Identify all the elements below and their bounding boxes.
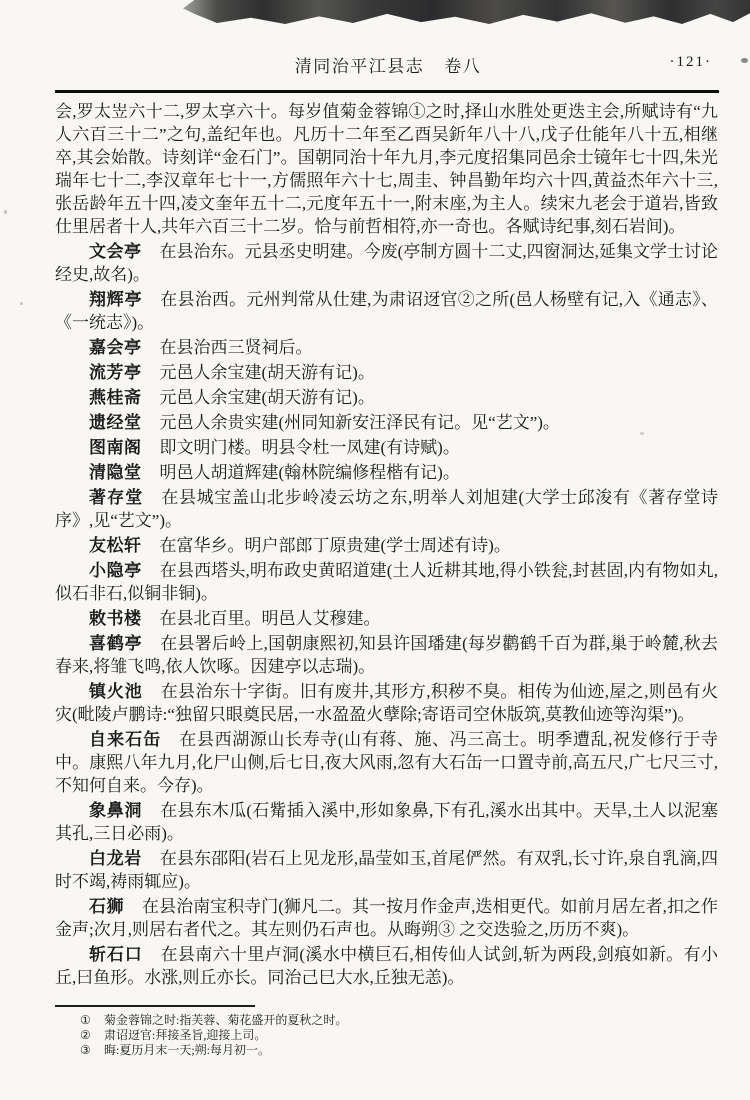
scanned-gazetteer-page: 清同治平江县志卷八 ·121· 会,罗太岦六十二,罗太享六十。每岁值菊金蓉锦①之… [0, 0, 750, 1100]
entry-term: 图南阁 [89, 438, 142, 457]
book-title: 清同治平江县志 [295, 57, 425, 76]
entry-term: 敕书楼 [89, 609, 142, 628]
gazetteer-entry: 自来石缶在县西湖源山长寿寺(山有蒋、施、冯三高士。明季遭乱,祝发修行于寺中。康熙… [55, 728, 718, 797]
gazetteer-entry: 著存堂在县城宝盖山北步岭凌云坊之东,明举人刘旭建(大学士邱浚有《著存堂诗序》,见… [55, 486, 718, 532]
entry-text: 在县城宝盖山北步岭凌云坊之东,明举人刘旭建(大学士邱浚有《著存堂诗序》,见“艺文… [55, 488, 718, 530]
entry-text: 在县西塔头,明布政史黄昭道建(土人近耕其地,得小铁瓮,封甚固,内有物如丸,似石非… [55, 561, 718, 603]
gazetteer-entry: 白龙岩在县东邵阳(岩石上见龙形,晶莹如玉,首尾俨然。有双乳,长寸许,泉自乳滴,四… [55, 847, 718, 893]
gazetteer-entry: 图南阁即文明门楼。明县令杜一凤建(有诗赋)。 [55, 436, 718, 459]
entry-text: 在县治东。元县丞史明建。今废(亭制方圆十二丈,四窗洞达,延集文学士讨论经史,故名… [55, 242, 718, 284]
entry-text: 即文明门楼。明县令杜一凤建(有诗赋)。 [160, 438, 460, 457]
entry-term: 石狮 [89, 897, 124, 916]
entry-text: 元邑人余宝建(胡天游有记)。 [160, 363, 375, 382]
entry-term: 喜鹤亭 [89, 634, 142, 653]
footnote-divider [55, 1005, 255, 1007]
book-title-row: 清同治平江县志卷八 [13, 52, 750, 77]
entry-term: 燕桂斋 [89, 388, 142, 407]
footnote: ③晦:夏历月末一天;朔:每月初一。 [80, 1043, 710, 1058]
entry-text: 在县治西。元州判常从仕建,为肃诏迓官②之所(邑人杨壁有记,入《通志》、《一统志》… [55, 290, 718, 332]
entry-text: 元邑人余贵实建(州同知新安汪泽民有记。见“艺文”)。 [160, 413, 560, 432]
footnote-marker: ③ [80, 1043, 104, 1058]
entry-term: 流芳亭 [89, 363, 142, 382]
entry-text: 在县北百里。明邑人艾穆建。 [160, 609, 381, 628]
gazetteer-entry: 友松轩在富华乡。明户部郎丁原贵建(学士周述有诗)。 [55, 534, 718, 557]
scan-speck [20, 302, 23, 305]
entry-text: 在县治东十字街。旧有废井,其形方,积秽不臭。相传为仙迹,屋之,则邑有火灾(毗陵卢… [55, 682, 718, 724]
gazetteer-entry: 斩石口在县南六十里卢洞(溪水中横巨石,相传仙人试剑,斩为两段,剑痕如新。有小丘,… [55, 943, 718, 989]
entry-term: 著存堂 [89, 488, 143, 507]
entry-text: 在县治西三贤祠后。 [160, 338, 313, 357]
entry-term: 自来石缶 [89, 730, 161, 749]
gazetteer-entry: 镇火池在县治东十字街。旧有废井,其形方,积秽不臭。相传为仙迹,屋之,则邑有火灾(… [55, 680, 718, 726]
entry-term: 清隐堂 [89, 463, 142, 482]
volume-label: 卷八 [444, 57, 481, 76]
page-number: ·121· [670, 54, 713, 71]
entry-text: 在富华乡。明户部郎丁原贵建(学士周述有诗)。 [160, 536, 511, 555]
footnotes-block: ①菊金蓉锦之时:指芙蓉、菊花盛开的夏秋之时。 ②肃诏迓官:拜接圣旨,迎接上司。 … [80, 1013, 710, 1057]
entry-text: 在县署后岭上,国朝康熙初,知县许国璠建(每岁鹳鹤千百为群,巢于岭麓,秋去春来,将… [55, 634, 718, 676]
footnote-marker: ① [80, 1013, 104, 1028]
gazetteer-entry: 燕桂斋元邑人余宝建(胡天游有记)。 [55, 386, 718, 409]
footnote-marker: ② [80, 1028, 104, 1043]
gazetteer-entry: 石狮在县治南宝积寺门(狮凡二。其一按月作金声,迭相更代。如前月居左者,扣之作金声… [55, 895, 718, 941]
gazetteer-entry: 敕书楼在县北百里。明邑人艾穆建。 [55, 607, 718, 630]
gazetteer-entry: 流芳亭元邑人余宝建(胡天游有记)。 [55, 361, 718, 384]
entry-term: 镇火池 [89, 682, 143, 701]
footnote-text: 晦:夏历月末一天;朔:每月初一。 [104, 1043, 270, 1057]
footnote: ①菊金蓉锦之时:指芙蓉、菊花盛开的夏秋之时。 [80, 1013, 710, 1028]
scan-speck [4, 210, 7, 214]
entry-term: 翔辉亭 [89, 290, 142, 309]
entry-text: 在县东邵阳(岩石上见龙形,晶莹如玉,首尾俨然。有双乳,长寸许,泉自乳滴,四时不竭… [55, 849, 718, 891]
gazetteer-entry: 嘉会亭在县治西三贤祠后。 [55, 336, 718, 359]
entry-term: 小隐亭 [89, 561, 142, 580]
footnote: ②肃诏迓官:拜接圣旨,迎接上司。 [80, 1028, 710, 1043]
continuation-paragraph: 会,罗太岦六十二,罗太享六十。每岁值菊金蓉锦①之时,择山水胜处更迭主会,所赋诗有… [55, 100, 718, 238]
gazetteer-entry: 清隐堂明邑人胡道辉建(翰林院编修程楷有记)。 [55, 461, 718, 484]
entry-term: 白龙岩 [89, 849, 142, 868]
entry-text: 在县治南宝积寺门(狮凡二。其一按月作金声,迭相更代。如前月居左者,扣之作金声;次… [55, 897, 718, 939]
gazetteer-entry: 象鼻洞在县东木瓜(石觜插入溪中,形如象鼻,下有孔,溪水出其中。天旱,土人以泥塞其… [55, 799, 718, 845]
page-header: 清同治平江县志卷八 ·121· [0, 52, 750, 80]
entry-text: 在县南六十里卢洞(溪水中横巨石,相传仙人试剑,斩为两段,剑痕如新。有小丘,曰鱼形… [55, 945, 718, 987]
entry-term: 遗经堂 [89, 413, 142, 432]
entry-term: 象鼻洞 [89, 801, 142, 820]
footnote-text: 菊金蓉锦之时:指芙蓉、菊花盛开的夏秋之时。 [104, 1013, 347, 1027]
gazetteer-entry: 喜鹤亭在县署后岭上,国朝康熙初,知县许国璠建(每岁鹳鹤千百为群,巢于岭麓,秋去春… [55, 632, 718, 678]
entry-text: 在县东木瓜(石觜插入溪中,形如象鼻,下有孔,溪水出其中。天旱,土人以泥塞其孔,三… [55, 801, 718, 843]
header-rule [55, 90, 719, 93]
footnote-text: 肃诏迓官:拜接圣旨,迎接上司。 [104, 1028, 266, 1042]
gazetteer-entry: 翔辉亭在县治西。元州判常从仕建,为肃诏迓官②之所(邑人杨壁有记,入《通志》、《一… [55, 288, 718, 334]
entry-term: 斩石口 [89, 945, 143, 964]
gazetteer-entry: 文会亭在县治东。元县丞史明建。今废(亭制方圆十二丈,四窗洞达,延集文学士讨论经史… [55, 240, 718, 286]
entry-term: 友松轩 [89, 536, 142, 555]
gazetteer-entry: 遗经堂元邑人余贵实建(州同知新安汪泽民有记。见“艺文”)。 [55, 411, 718, 434]
entry-term: 文会亭 [89, 242, 142, 261]
entry-text: 明邑人胡道辉建(翰林院编修程楷有记)。 [160, 463, 460, 482]
body-text: 会,罗太岦六十二,罗太享六十。每岁值菊金蓉锦①之时,择山水胜处更迭主会,所赋诗有… [55, 100, 718, 991]
entry-text: 元邑人余宝建(胡天游有记)。 [160, 388, 375, 407]
entry-term: 嘉会亭 [89, 338, 142, 357]
gazetteer-entry: 小隐亭在县西塔头,明布政史黄昭道建(土人近耕其地,得小铁瓮,封甚固,内有物如丸,… [55, 559, 718, 605]
scan-artifact-top-band [183, 0, 750, 24]
